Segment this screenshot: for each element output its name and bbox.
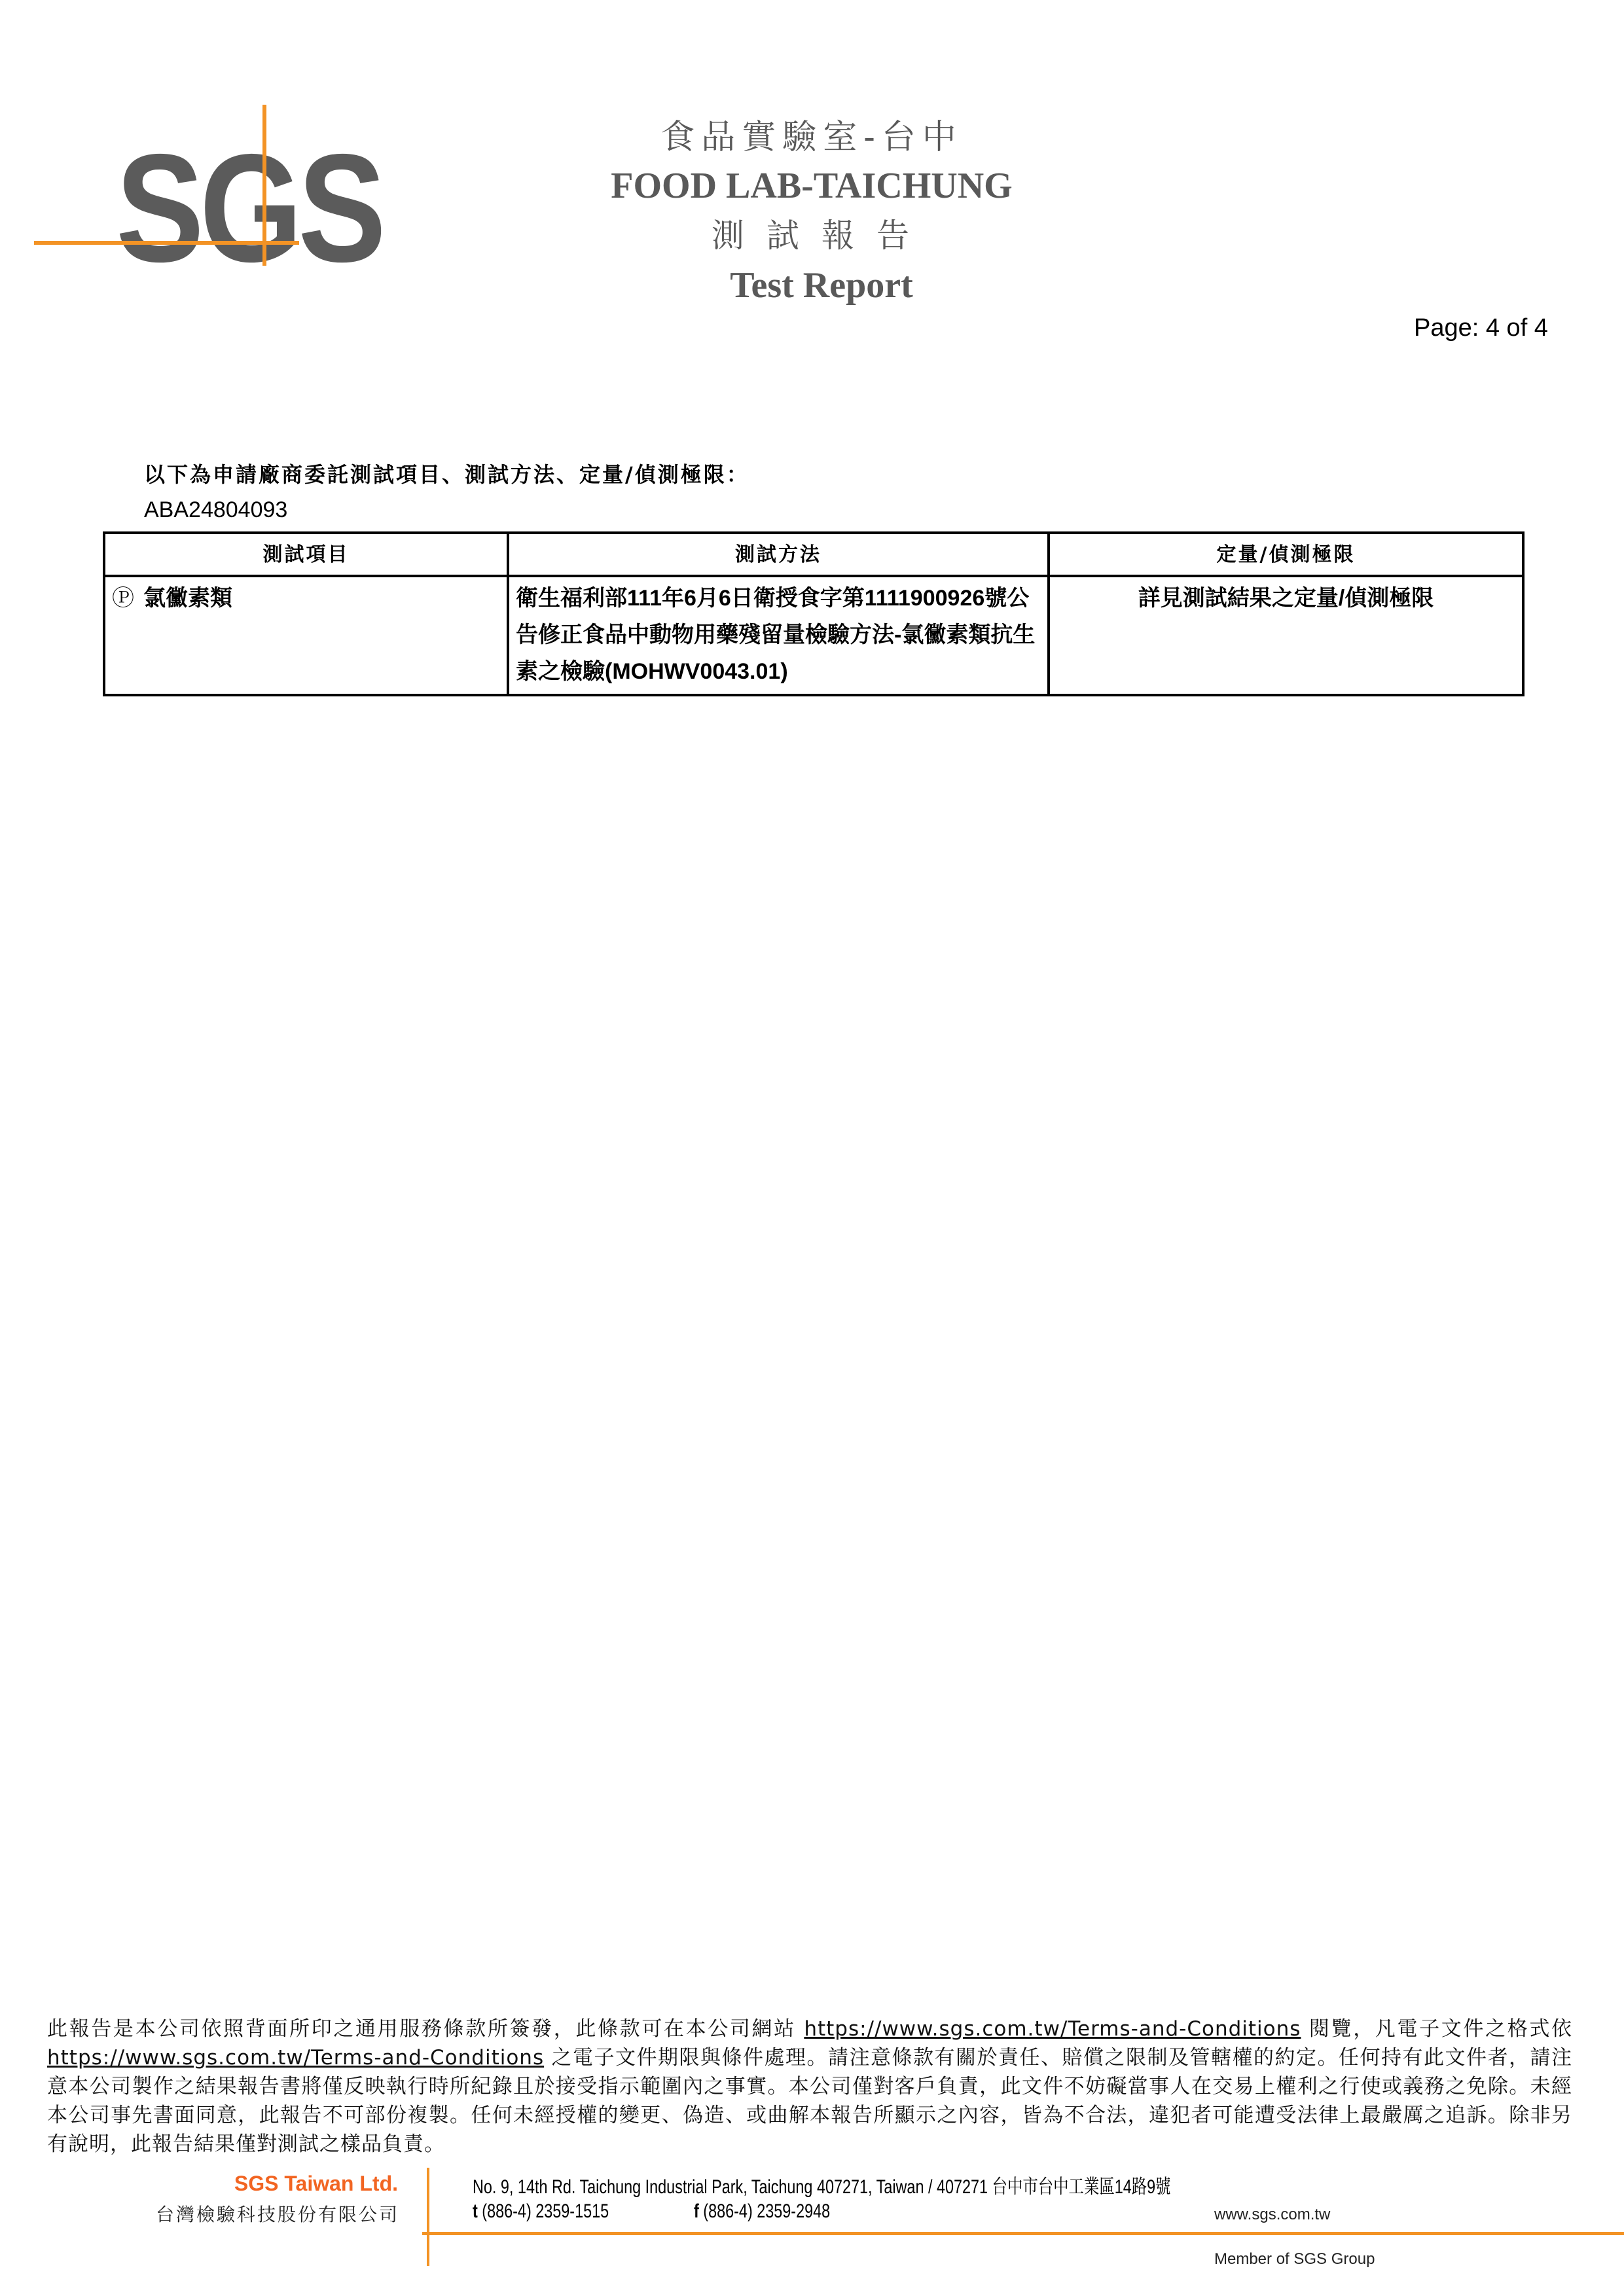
fax-number: (886-4) 2359-2948 (703, 2200, 830, 2222)
sgs-logo: SGS (34, 105, 414, 275)
company-fax: f (886-4) 2359-2948 (694, 2200, 830, 2223)
cell-test-item: Ⓟ氯黴素類 (104, 576, 508, 695)
fax-label: f (694, 2200, 699, 2222)
company-address: No. 9, 14th Rd. Taichung Industrial Park… (473, 2170, 1171, 2199)
report-title-zh: 測試報告 (589, 211, 1034, 260)
company-name-zh: 台灣檢驗科技股份有限公司 (124, 2200, 399, 2227)
header-test-method: 測試方法 (508, 533, 1049, 576)
tel-label: t (473, 2200, 478, 2222)
header-detection-limit: 定量/偵測極限 (1049, 533, 1523, 576)
footer-vertical-rule (427, 2168, 429, 2266)
logo-text: SGS (116, 131, 382, 285)
report-header: 食品實驗室-台中 FOOD LAB-TAICHUNG 測試報告 Test Rep… (589, 115, 1034, 311)
logo-horizontal-rule (34, 241, 299, 245)
company-website[interactable]: www.sgs.com.tw (1214, 2206, 1330, 2224)
report-title-en: Test Report (589, 260, 1034, 311)
header-test-item: 測試項目 (104, 533, 508, 576)
test-scope-table: 測試項目 測試方法 定量/偵測極限 Ⓟ氯黴素類 衛生福利部111年6月6日衛授食… (103, 531, 1525, 696)
table-row: Ⓟ氯黴素類 衛生福利部111年6月6日衛授食字第1111900926號公告修正食… (104, 576, 1523, 695)
tel-number: (886-4) 2359-1515 (482, 2200, 609, 2222)
disclaimer-part-1: 此報告是本公司依照背面所印之通用服務條款所簽發，此條款可在本公司網站 (47, 2017, 804, 2041)
company-telephone: t (886-4) 2359-1515 (473, 2200, 609, 2223)
cell-test-method: 衛生福利部111年6月6日衛授食字第1111900926號公告修正食品中動物用藥… (508, 576, 1049, 695)
lab-title-en: FOOD LAB-TAICHUNG (589, 160, 1034, 211)
terms-link-2[interactable]: https://www.sgs.com.tw/Terms-and-Conditi… (47, 2046, 544, 2070)
p-mark-icon: Ⓟ (112, 586, 134, 611)
terms-link-1[interactable]: https://www.sgs.com.tw/Terms-and-Conditi… (804, 2017, 1301, 2041)
footer-horizontal-rule (422, 2232, 1624, 2235)
scope-heading: 以下為申請廠商委託測試項目、測試方法、定量/偵測極限： (144, 458, 749, 488)
cell-detection-limit: 詳見測試結果之定量/偵測極限 (1049, 576, 1523, 695)
disclaimer-part-2: 閱覽，凡電子文件之格式依 (1301, 2017, 1572, 2041)
page-number: Page: 4 of 4 (1414, 314, 1548, 342)
member-of-sgs-group: Member of SGS Group (1214, 2250, 1375, 2269)
test-item-name: 氯黴素類 (143, 586, 232, 611)
company-name-en: SGS Taiwan Ltd. (228, 2172, 398, 2196)
lab-title-zh: 食品實驗室-台中 (589, 115, 1034, 160)
table-header-row: 測試項目 測試方法 定量/偵測極限 (104, 533, 1523, 576)
report-id: ABA24804093 (144, 497, 287, 523)
legal-disclaimer: 此報告是本公司依照背面所印之通用服務條款所簽發，此條款可在本公司網站 https… (47, 2015, 1572, 2159)
logo-vertical-rule (262, 105, 266, 266)
